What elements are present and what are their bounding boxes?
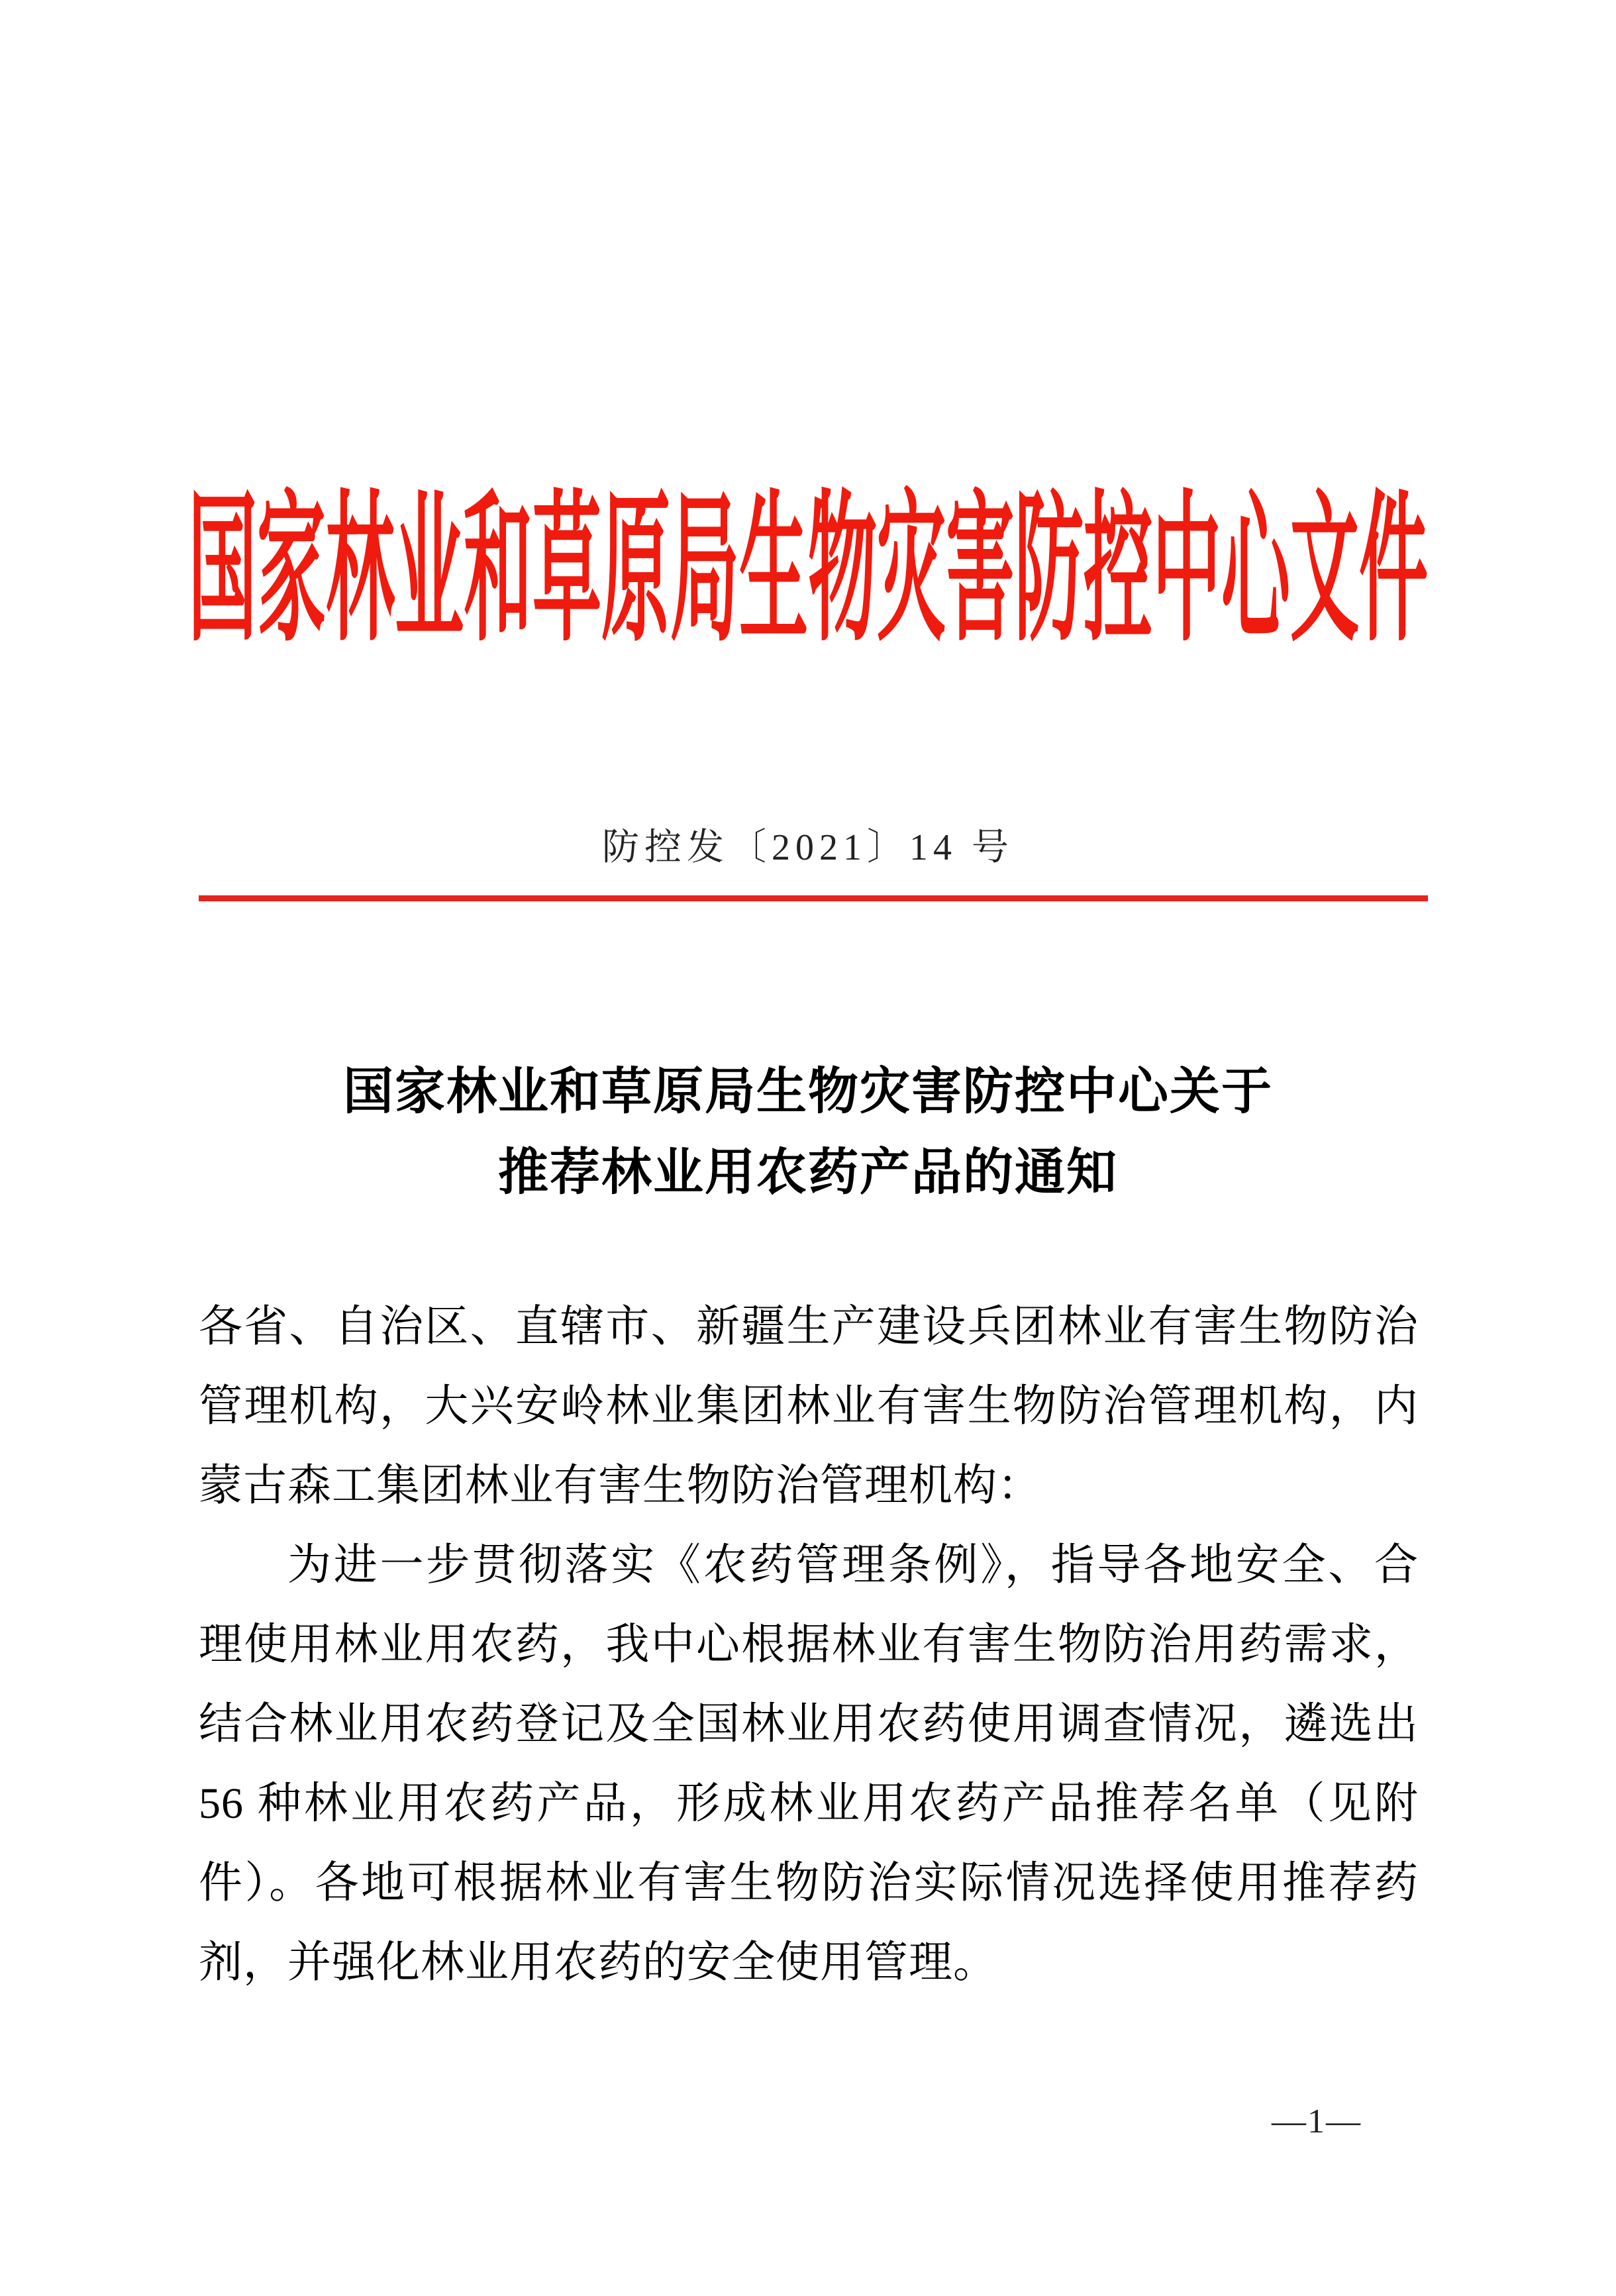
document-title: 国家林业和草原局生物灾害防控中心关于 推荐林业用农药产品的通知: [0, 1052, 1616, 1213]
body-paragraph: 为进一步贯彻落实《农药管理条例》，指导各地安全、合理使用林业用农药，我中心根据林…: [199, 1526, 1419, 2003]
document-page: 国家林业和草原局生物灾害防控中心文件 防控发〔2021〕14 号 国家林业和草原…: [0, 0, 1616, 2296]
document-body: 各省、自治区、直辖市、新疆生产建设兵团林业有害生物防治管理机构，大兴安岭林业集团…: [199, 1287, 1419, 2003]
document-title-line2: 推荐林业用农药产品的通知: [0, 1132, 1616, 1213]
document-title-line1: 国家林业和草原局生物灾害防控中心关于: [0, 1052, 1616, 1132]
recipients-paragraph: 各省、自治区、直辖市、新疆生产建设兵团林业有害生物防治管理机构，大兴安岭林业集团…: [199, 1287, 1419, 1526]
page-number: —1—: [1272, 2103, 1404, 2140]
red-header-banner: 国家林业和草原局生物灾害防控中心文件: [0, 491, 1616, 664]
red-header-banner-title: 国家林业和草原局生物灾害防控中心文件: [188, 491, 1428, 653]
document-number: 防控发〔2021〕14 号: [0, 826, 1616, 869]
red-divider-line: [199, 895, 1428, 901]
